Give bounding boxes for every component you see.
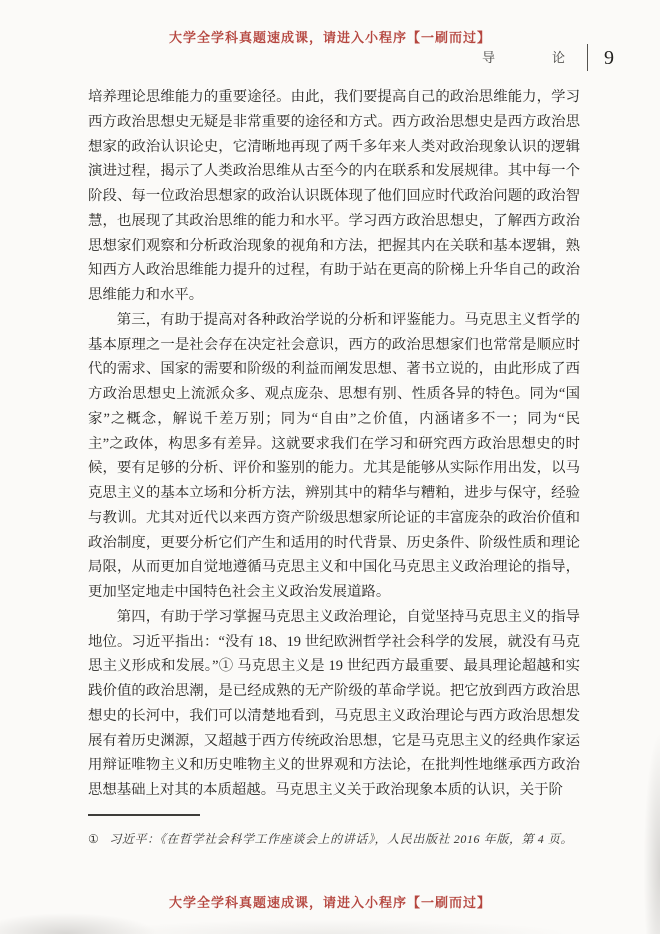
body-text: 培养理论思维能力的重要途径。由此，我们要提高自己的政治思维能力，学习西方政治思想… [88, 85, 580, 803]
footnote-text: 习近平：《在哲学社会科学工作座谈会上的讲话》，人民出版社 2016 年版，第 4… [109, 832, 573, 846]
book-page: 大学全学科真题速成课，请进入小程序【一刷而过】 导 论 9 培养理论思维能力的重… [0, 0, 660, 934]
paragraph-continuation: 培养理论思维能力的重要途径。由此，我们要提高自己的政治思维能力，学习西方政治思想… [88, 85, 580, 308]
chapter-title: 导 论 [482, 45, 587, 71]
running-head-divider [587, 44, 588, 71]
paragraph-fourth-point: 第四，有助于学习掌握马克思主义政治理论，自觉坚持马克思主义的指导地位。习近平指出… [88, 605, 580, 803]
promo-banner-bottom: 大学全学科真题速成课，请进入小程序【一刷而过】 [0, 892, 660, 911]
footnote-marker: ① [88, 832, 99, 846]
footnote-separator-rule [88, 814, 200, 816]
running-head: 导 论 9 [482, 44, 614, 71]
footnote: ①习近平：《在哲学社会科学工作座谈会上的讲话》，人民出版社 2016 年版，第 … [88, 830, 580, 848]
paragraph-third-point: 第三，有助于提高对各种政治学说的分析和评鉴能力。马克思主义哲学的基本原理之一是社… [88, 308, 580, 605]
page-number: 9 [604, 45, 614, 71]
